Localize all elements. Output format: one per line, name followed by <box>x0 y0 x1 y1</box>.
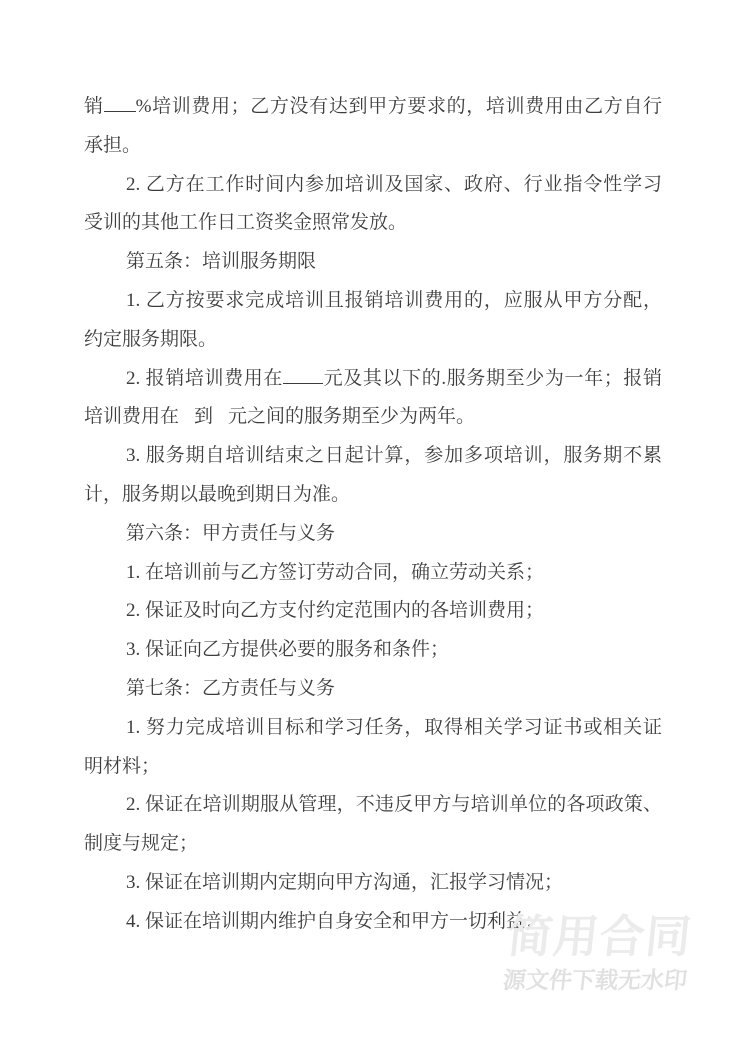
text-line: 受训的其他工作日工资奖金照常发放。 <box>84 204 662 243</box>
text-line: 承担。 <box>84 127 662 166</box>
fill-in-blank <box>104 107 136 112</box>
text-run: 元之间的服务期至少为两年。 <box>228 406 475 427</box>
text-line: 2. 报销培训费用在元及其以下的.服务期至少为一年；报销 <box>84 360 662 399</box>
text-run: 4. 保证在培训期内维护自身安全和甲方一切利益； <box>126 911 544 932</box>
text-run: 1. 在培训前与乙方签订劳动合同，确立劳动关系； <box>126 562 544 583</box>
watermark-tagline-text: 源文件下载无水印 <box>502 968 689 993</box>
text-line: 4. 保证在培训期内维护自身安全和甲方一切利益； <box>84 903 662 942</box>
text-run: 计，服务期以最晚到期日为准。 <box>84 484 350 505</box>
text-run: %培训费用；乙方没有达到甲方要求的，培训费用由乙方自行 <box>136 96 662 117</box>
text-run: 第七条：乙方责任与义务 <box>126 678 335 699</box>
text-line: 约定服务期限。 <box>84 321 662 360</box>
text-run: 制度与规定； <box>84 833 198 854</box>
text-line: 计，服务期以最晚到期日为准。 <box>84 476 662 515</box>
text-line: 3. 服务期自培训结束之日起计算，参加多项培训，服务期不累 <box>84 437 662 476</box>
text-line: 培训费用在到元之间的服务期至少为两年。 <box>84 398 662 437</box>
text-line: 第七条：乙方责任与义务 <box>84 670 662 709</box>
text-line: 2. 保证在培训期服从管理，不违反甲方与培训单位的各项政策、 <box>84 786 662 825</box>
contract-body: 销%培训费用；乙方没有达到甲方要求的，培训费用由乙方自行承担。2. 乙方在工作时… <box>84 88 662 942</box>
fill-in-space <box>213 420 228 422</box>
text-line: 第六条：甲方责任与义务 <box>84 515 662 554</box>
text-line: 1. 乙方按要求完成培训且报销培训费用的，应服从甲方分配， <box>84 282 662 321</box>
text-run: 2. 乙方在工作时间内参加培训及国家、政府、行业指令性学习 <box>126 174 662 195</box>
text-line: 明材料； <box>84 748 662 787</box>
text-line: 1. 努力完成培训目标和学习任务，取得相关学习证书或相关证 <box>84 709 662 748</box>
document-page: 销%培训费用；乙方没有达到甲方要求的，培训费用由乙方自行承担。2. 乙方在工作时… <box>0 0 742 1049</box>
text-run: 承担。 <box>84 135 141 156</box>
text-line: 销%培训费用；乙方没有达到甲方要求的，培训费用由乙方自行 <box>84 88 662 127</box>
text-run: 到 <box>194 406 213 427</box>
text-run: 约定服务期限。 <box>84 329 217 350</box>
text-line: 2. 保证及时向乙方支付约定范围内的各培训费用； <box>84 592 662 631</box>
text-run: 明材料； <box>84 756 160 777</box>
text-run: 销 <box>84 96 104 117</box>
text-run: 2. 报销培训费用在 <box>126 368 283 389</box>
text-run: 1. 乙方按要求完成培训且报销培训费用的，应服从甲方分配， <box>126 290 662 311</box>
text-run: 3. 保证在培训期内定期向甲方沟通，汇报学习情况； <box>126 872 563 893</box>
text-line: 2. 乙方在工作时间内参加培训及国家、政府、行业指令性学习 <box>84 166 662 205</box>
fill-in-blank <box>283 379 323 384</box>
text-line: 第五条：培训服务期限 <box>84 243 662 282</box>
text-line: 3. 保证向乙方提供必要的服务和条件； <box>84 631 662 670</box>
text-line: 1. 在培训前与乙方签订劳动合同，确立劳动关系； <box>84 554 662 593</box>
text-run: 第六条：甲方责任与义务 <box>126 523 335 544</box>
text-run: 2. 保证及时向乙方支付约定范围内的各培训费用； <box>126 600 544 621</box>
text-run: 3. 保证向乙方提供必要的服务和条件； <box>126 639 449 660</box>
text-line: 3. 保证在培训期内定期向甲方沟通，汇报学习情况； <box>84 864 662 903</box>
text-run: 3. 服务期自培训结束之日起计算，参加多项培训，服务期不累 <box>126 445 662 466</box>
text-run: 培训费用在 <box>84 406 179 427</box>
text-run: 1. 努力完成培训目标和学习任务，取得相关学习证书或相关证 <box>126 717 662 738</box>
text-run: 受训的其他工作日工资奖金照常发放。 <box>84 212 407 233</box>
fill-in-space <box>179 420 194 422</box>
text-run: 元及其以下的.服务期至少为一年；报销 <box>323 368 662 389</box>
text-run: 2. 保证在培训期服从管理，不违反甲方与培训单位的各项政策、 <box>126 794 662 815</box>
text-run: 第五条：培训服务期限 <box>126 251 316 272</box>
text-line: 制度与规定； <box>84 825 662 864</box>
